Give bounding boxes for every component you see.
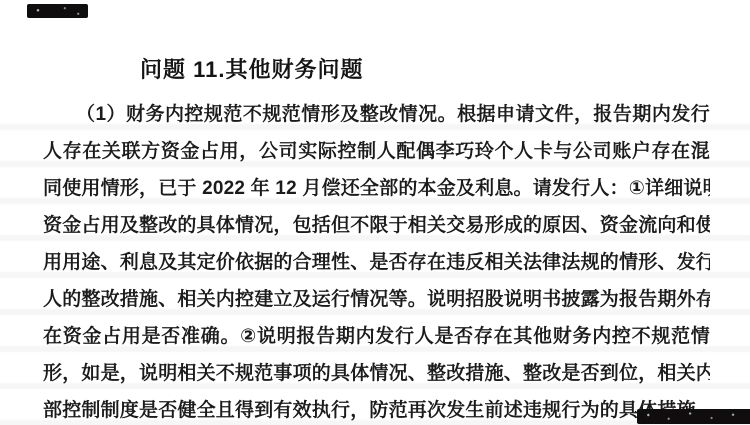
paragraph-line: 形，如是，说明相关不规范事项的具体情况、整改措施、整改是否到位，相关内 [43, 355, 710, 392]
scan-artifact-top-left [27, 4, 88, 18]
paragraph-line: 同使用情形，已于 2022 年 12 月偿还全部的本金及利息。请发行人：①详细说… [43, 170, 710, 207]
document-page: 问题 11.其他财务问题 （1）财务内控规范不规范情形及整改情况。根据申请文件，… [0, 0, 750, 425]
paragraph-line: 资金占用及整改的具体情况，包括但不限于相关交易形成的原因、资金流向和使 [43, 207, 710, 244]
paragraph-line: 人的整改措施、相关内控建立及运行情况等。说明招股说明书披露为报告期外存 [43, 281, 710, 318]
paragraph-line: 在资金占用是否准确。②说明报告期内发行人是否存在其他财务内控不规范情 [43, 318, 710, 355]
paragraph-line: （1）财务内控规范不规范情形及整改情况。根据申请文件，报告期内发行 [43, 96, 710, 133]
scan-artifact-bottom-right [637, 409, 750, 424]
paragraph-line: 部控制制度是否健全且得到有效执行，防范再次发生前述违规行为的具体措施。 [43, 392, 710, 425]
document-paragraph: （1）财务内控规范不规范情形及整改情况。根据申请文件，报告期内发行 人存在关联方… [43, 96, 710, 425]
document-heading: 问题 11.其他财务问题 [140, 53, 363, 84]
paragraph-line: 人存在关联方资金占用，公司实际控制人配偶李巧玲个人卡与公司账户存在混 [43, 133, 710, 170]
paragraph-line: 用用途、利息及其定价依据的合理性、是否存在违反相关法律法规的情形、发行 [43, 244, 710, 281]
